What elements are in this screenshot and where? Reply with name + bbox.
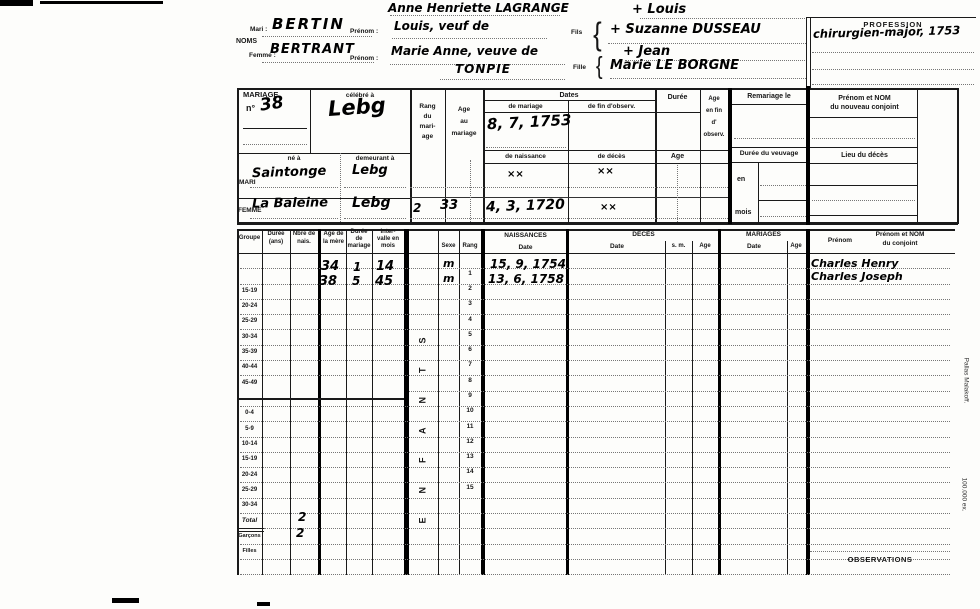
duree-header: Durée xyxy=(655,94,700,102)
duree-ans-header: Durée xyxy=(262,231,290,238)
groupe-label: 10-14 xyxy=(237,441,262,448)
femme-demeurant-handwritten: Lebg xyxy=(352,196,390,210)
scan-artifact xyxy=(0,0,33,6)
observations-label: OBSERVATIONS xyxy=(810,556,950,564)
groupe-label: 20-24 xyxy=(237,472,262,479)
row-line xyxy=(264,528,950,529)
prenom-mari-label: Prénom : xyxy=(350,28,378,35)
group-divider-line xyxy=(237,398,404,400)
rang-number: 11 xyxy=(459,423,481,430)
remariage-header: Remariage le xyxy=(732,93,806,101)
naissances-date-header: Date xyxy=(485,244,566,251)
femme-age-handwritten: 33 xyxy=(440,199,458,212)
rang-number: 12 xyxy=(459,438,481,445)
printer-imprint: Pallas Malakoff. xyxy=(962,336,969,426)
groupe-header: Groupe xyxy=(237,235,262,242)
row-line xyxy=(240,574,950,575)
groupe-label: 40-44 xyxy=(237,364,262,371)
en-label: en xyxy=(737,176,745,184)
groupe-label: 20-24 xyxy=(237,303,262,310)
row-line xyxy=(240,314,950,315)
celebre-a-handwritten: Lebg xyxy=(327,95,386,120)
femme-ne-a-handwritten: La Baleine xyxy=(252,196,328,210)
rang-number: 13 xyxy=(459,453,481,460)
ne-a-label: né à xyxy=(250,155,338,162)
deces-age-header: Age xyxy=(692,243,718,250)
naissance-date-value: 15, 9, 1754 xyxy=(490,258,566,270)
row-line xyxy=(240,467,950,468)
total-double-line xyxy=(237,528,264,529)
mois-label: mois xyxy=(735,209,751,217)
fille-brace: { xyxy=(596,53,603,81)
rang-number: 5 xyxy=(459,331,481,338)
scan-artifact xyxy=(112,598,139,603)
mariages-header: MARIAGES xyxy=(721,231,806,238)
femme-surname-handwritten: BERTRANT xyxy=(270,43,355,56)
tirage-imprint: 100.000 ex. xyxy=(960,455,967,535)
row-line xyxy=(240,345,950,346)
de-naissance-header: de naissance xyxy=(483,153,568,160)
mariages-date-header: Date xyxy=(721,243,787,250)
row-line xyxy=(240,452,950,453)
mari-prenom-handwritten: Louis, veuf de xyxy=(394,20,489,32)
rang-number: 6 xyxy=(459,346,481,353)
femme-prenom2-handwritten: TONPIE xyxy=(455,63,511,75)
groupe-label: 35-39 xyxy=(237,349,262,356)
row-line xyxy=(240,375,950,376)
date-mariage-handwritten: 8, 7, 1753 xyxy=(487,113,572,132)
row-line xyxy=(409,391,950,392)
intervalle-header: Inter- xyxy=(372,229,404,236)
veuvage-header: Durée du veuvage xyxy=(732,150,806,157)
rang-number: 10 xyxy=(459,407,481,414)
dates-header: Dates xyxy=(483,92,655,100)
sm-header: s. m. xyxy=(665,243,692,250)
rang-mariage-header: Rang xyxy=(410,103,445,110)
annotation-handwritten: Anne Henriette LAGRANGE xyxy=(388,2,569,14)
groupe-label: 0-4 xyxy=(237,410,262,417)
mari-demeurant-handwritten: Lebg xyxy=(352,164,388,177)
nouveau-conjoint-header: Prénom et NOM xyxy=(812,95,917,103)
row-line xyxy=(240,513,950,514)
age-mere-value: 34 xyxy=(321,260,339,273)
rang-number: 4 xyxy=(459,316,481,323)
de-mariage-header: de mariage xyxy=(483,103,568,110)
age-au-mariage-header: Age xyxy=(445,106,483,113)
femme-prenom-handwritten: Marie Anne, veuve de xyxy=(391,45,538,57)
groupe-label: 5-9 xyxy=(237,426,262,433)
numero-label: n° xyxy=(246,104,255,114)
groupe-label: 30-34 xyxy=(237,334,262,341)
rang-number: 14 xyxy=(459,468,481,475)
femme-rang-handwritten: 2 xyxy=(413,202,421,214)
mariages-age-header: Age xyxy=(785,243,807,250)
row-line xyxy=(240,299,950,300)
rang-number: 9 xyxy=(459,392,481,399)
rang-number: 7 xyxy=(459,361,481,368)
fille-label: Fille xyxy=(573,64,586,71)
groupe-label-garcons: Garçons xyxy=(237,533,262,539)
demeurant-a-label: demeurant à xyxy=(342,155,408,162)
femme-naissance-handwritten: 4, 3, 1720 xyxy=(486,198,565,215)
fils-entry-1-handwritten: + Louis xyxy=(632,3,686,16)
deces-header: DÉCÈS xyxy=(569,231,718,238)
conjoint-header: Prénom et NOM xyxy=(845,231,955,238)
sexe-value: m xyxy=(443,258,454,269)
mari-label: Mari : xyxy=(250,26,267,33)
mari-surname-handwritten: BERTIN xyxy=(272,17,345,32)
enfants-vertical-label: ENFANTS xyxy=(409,301,438,537)
groupe-label-total: Total xyxy=(237,517,262,524)
duree-age-header: Age xyxy=(655,153,700,161)
femme-deces-mark: ×× xyxy=(600,203,617,213)
groupe-label: 45-49 xyxy=(237,380,262,387)
fils-entry-2-handwritten: + Suzanne DUSSEAU xyxy=(610,23,761,36)
prenom-value: Charles Henry xyxy=(811,258,898,269)
de-fin-observ-header: de fin d'observ. xyxy=(568,103,655,110)
total-double-line xyxy=(237,531,264,532)
rang-number: 1 xyxy=(459,270,481,277)
naissance-date-value: 13, 6, 1758 xyxy=(488,273,564,285)
duree-mariage-value: 5 xyxy=(352,275,360,287)
rang-header: Rang xyxy=(459,243,481,250)
fils-brace: { xyxy=(593,17,602,52)
lieu-deces-header: Lieu du décès xyxy=(812,152,917,160)
groupe-label-filles: Filles xyxy=(237,548,262,554)
mari-ne-a-handwritten: Saintonge xyxy=(252,165,327,181)
fils-label: Fils xyxy=(571,29,582,36)
sexe-header: Sexe xyxy=(438,243,459,250)
rang-number: 8 xyxy=(459,377,481,384)
numero-handwritten: 38 xyxy=(259,94,285,114)
fille-entry-handwritten: Marie LE BORGNE xyxy=(610,59,739,72)
noms-label: NOMS xyxy=(236,38,257,46)
nbre-nais-header: Nbre de xyxy=(290,231,318,238)
total-naissances-value: 2 xyxy=(298,511,306,523)
naissances-header: NAISSANCES xyxy=(485,232,566,239)
fils-entry-3-handwritten: + Jean xyxy=(623,45,670,58)
sexe-value: m xyxy=(443,273,454,284)
row-line xyxy=(240,437,950,438)
groupe-label: 15-19 xyxy=(237,456,262,463)
family-record-form: Anne Henriette LAGRANGE + Louis Mari : N… xyxy=(0,0,980,609)
row-line xyxy=(240,482,950,483)
mari-naissance-mark: ×× xyxy=(507,170,524,180)
row-line xyxy=(240,284,950,285)
deces-date-header: Date xyxy=(569,243,665,250)
groupe-label: 25-29 xyxy=(237,487,262,494)
garcons-value: 2 xyxy=(296,527,304,539)
intervalle-value: 14 xyxy=(376,260,394,273)
intervalle-value: 45 xyxy=(375,275,393,288)
row-line xyxy=(240,329,950,330)
duree-mariage-value: 1 xyxy=(353,261,361,273)
prenom-femme-label: Prénom : xyxy=(350,55,378,62)
scan-artifact xyxy=(40,1,163,4)
row-line xyxy=(240,406,950,407)
duree-mariage-header: Durée xyxy=(346,229,372,236)
age-fin-header: Age xyxy=(700,96,728,103)
scan-artifact xyxy=(257,602,270,606)
profession-handwritten: chirurgien-major, 1753 xyxy=(813,25,961,40)
prenom-value: Charles Joseph xyxy=(811,271,903,282)
groupe-label: 15-19 xyxy=(237,288,262,295)
row-line xyxy=(240,544,950,545)
mari-deces-mark: ×× xyxy=(597,167,614,177)
groupe-label: 25-29 xyxy=(237,318,262,325)
row-line xyxy=(240,360,950,361)
row-line xyxy=(240,421,950,422)
groupe-label: 30-34 xyxy=(237,502,262,509)
rang-number: 15 xyxy=(459,484,481,491)
rang-number: 2 xyxy=(459,285,481,292)
rang-number: 3 xyxy=(459,300,481,307)
row-line xyxy=(240,498,950,499)
age-mere-value: 38 xyxy=(319,275,337,288)
de-deces-header: de décès xyxy=(568,153,655,160)
age-mere-header: Age de xyxy=(321,231,346,238)
